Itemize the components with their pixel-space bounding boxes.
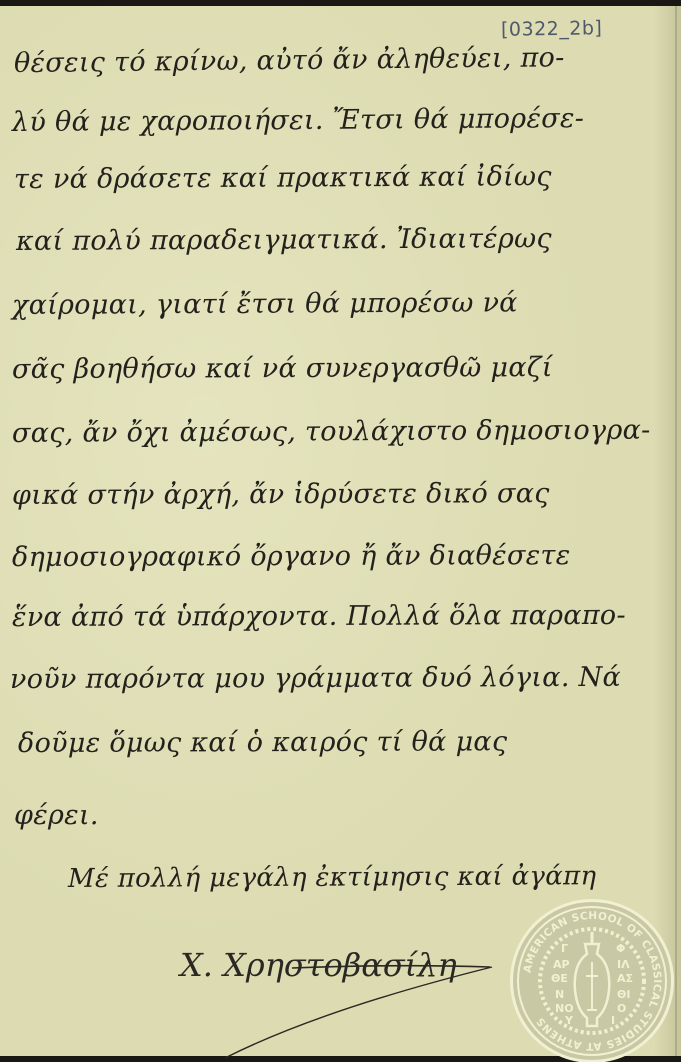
letter-line-10: ἕνα ἀπό τά ὑπάρχοντα. Πολλά ὅλα παραπο- <box>12 600 626 633</box>
page-edge <box>675 6 677 1056</box>
letter-line-12: δοῦμε ὅμως καί ὁ καιρός τί θά μας <box>18 726 507 759</box>
letter-line-6: σᾶς βοηθήσω καί νά συνεργασθῶ μαζί <box>12 352 553 385</box>
svg-text:Γ: Γ <box>561 942 568 955</box>
signature: Χ. Χρηστοβασίλη <box>180 946 457 984</box>
letter-line-11: νοῦν παρόντα μου γράμματα δυό λόγια. Νά <box>10 662 621 695</box>
archive-reference: [0322_2b] <box>501 17 603 41</box>
svg-text:Υ: Υ <box>564 1014 574 1027</box>
closing-salutation: Μέ πολλή μεγάλη ἐκτίμησις καί ἀγάπη <box>68 861 597 894</box>
letter-page: [0322_2b] θέσεις τό κρίνω, αὐτό ἄν ἀληθε… <box>0 6 681 1056</box>
svg-text:Ι: Ι <box>611 1014 615 1027</box>
letter-line-3: τε νά δράσετε καί πρακτικά καί ἰδίως <box>14 161 552 195</box>
seal-emblem-icon: AMERICAN SCHOOL OF CLASSICAL STUDIES AT … <box>513 902 671 1060</box>
letter-line-9: δημοσιογραφικό ὄργανο ἤ ἄν διαθέσετε <box>12 540 571 573</box>
svg-text:ΘΕ: ΘΕ <box>551 972 568 985</box>
letter-line-13: φέρει. <box>14 800 99 831</box>
letter-line-4: καί πολύ παραδειγματικά. Ἰδιαιτέρως <box>16 223 552 257</box>
letter-line-7: σας, ἄν ὄχι ἀμέσως, τουλάχιστο δημοσιογρ… <box>12 415 651 449</box>
letter-line-8: φικά στήν ἀρχή, ἄν ἱδρύσετε δικό σας <box>12 478 550 511</box>
svg-text:Φ: Φ <box>616 942 625 955</box>
svg-text:Ν: Ν <box>555 988 564 1001</box>
svg-text:Ο: Ο <box>617 1002 626 1015</box>
svg-text:ΘΙ: ΘΙ <box>617 988 630 1001</box>
library-seal: AMERICAN SCHOOL OF CLASSICAL STUDIES AT … <box>510 899 674 1062</box>
svg-text:ΑΡ: ΑΡ <box>553 958 570 971</box>
svg-text:ΙΛ: ΙΛ <box>617 958 630 971</box>
letter-line-2: λύ θά με χαροποιήσει. Ἔτσι θά μπορέσε- <box>12 103 584 138</box>
letter-line-5: χαίρομαι, γιατί ἔτσι θά μπορέσω νά <box>12 287 518 321</box>
letter-line-1: θέσεις τό κρίνω, αὐτό ἄν ἀληθεύει, πο- <box>14 42 565 79</box>
svg-text:ΑΣ: ΑΣ <box>617 972 633 985</box>
